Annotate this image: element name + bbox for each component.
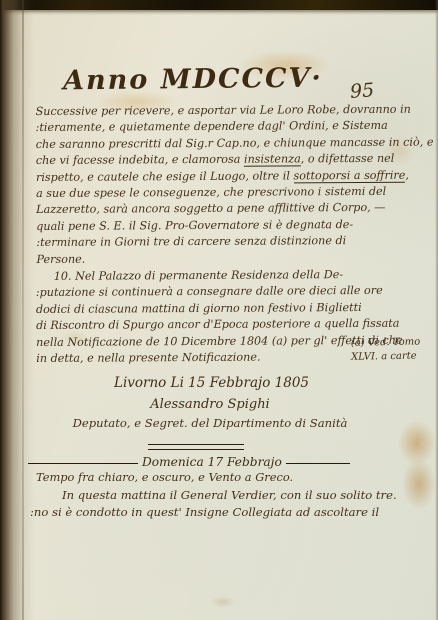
gutter-crease xyxy=(22,0,24,620)
text-line: Persone. xyxy=(36,250,358,268)
book-edge-top xyxy=(0,0,438,10)
text-line: di Riscontro di Spurgo ancor d'Epoca pos… xyxy=(36,316,358,334)
signature: Alessandro Spighi xyxy=(36,397,350,412)
header-rule-left xyxy=(28,463,138,464)
text-line: in detta, e nella presente Notificazione… xyxy=(36,349,358,367)
paper-stain xyxy=(402,458,436,510)
text-segment: rispetto, e cautele che esige il Luogo, … xyxy=(36,169,294,184)
text-line: :putazione si continuerà a consegnare da… xyxy=(36,283,358,301)
diary-section-header: Domenica 17 Febbrajo xyxy=(28,455,350,469)
text-segment: , o difettasse nel xyxy=(301,152,395,166)
text-line: nella Notificazione de 10 Dicembre 1804 … xyxy=(36,333,358,351)
text-line: Successive per ricevere, e asportar via … xyxy=(36,102,358,120)
margin-reference-note: (a) Ved. Tomo XLVI. a carte xyxy=(351,335,437,364)
text-line: :terminare in Giorni tre di carcere senz… xyxy=(36,233,358,251)
signature-title: Deputato, e Segret. del Dipartimento di … xyxy=(36,416,358,430)
double-rule-divider xyxy=(148,444,244,450)
text-line: a sue due spese le conseguenze, che pres… xyxy=(36,184,358,202)
text-segment: , xyxy=(405,168,409,181)
paragraph-article-10: 10. Nel Palazzo di permanente Residenza … xyxy=(36,267,359,367)
text-line: 10. Nel Palazzo di permanente Residenza … xyxy=(36,267,358,285)
diary-entry-line: In questa mattina il General Verdier, co… xyxy=(36,488,397,502)
margin-note-line: (a) Ved. Tomo xyxy=(351,335,437,350)
binding-gutter xyxy=(0,0,34,620)
paragraph-regulation: Successive per ricevere, e asportar via … xyxy=(36,102,359,268)
text-line: :tieramente, e quietamente dependere dag… xyxy=(36,118,358,136)
text-line: che vi facesse indebita, e clamorosa ins… xyxy=(36,151,358,169)
text-line: dodici di ciascuna mattina di giorno non… xyxy=(36,300,358,318)
diary-entry-line: :no si è condotto in quest' Insigne Coll… xyxy=(30,505,379,519)
underlined-phrase: sottoporsi a soffrire xyxy=(293,168,405,183)
paper-stain xyxy=(210,596,236,608)
margin-note-line: XLVI. a carte xyxy=(351,349,437,364)
text-line: quali pene S. E. il Sig. Pro-Governatore… xyxy=(36,217,358,235)
paper-stain xyxy=(398,420,436,466)
text-segment: che vi facesse indebita, e clamorosa xyxy=(36,153,244,167)
weather-line: Tempo fra chiaro, e oscuro, e Vento a Gr… xyxy=(36,470,293,484)
underlined-word: insistenza xyxy=(244,153,301,167)
year-heading: Anno MDCCCV· xyxy=(36,62,350,96)
page-number: 95 xyxy=(349,79,375,103)
text-line: rispetto, e cautele che esige il Luogo, … xyxy=(36,168,358,186)
manuscript-scan: Anno MDCCCV· 95 Successive per ricevere,… xyxy=(0,0,438,620)
text-line: che saranno prescritti dal Sig.r Cap.no,… xyxy=(36,135,358,153)
dateline: Livorno Li 15 Febbrajo 1805 xyxy=(114,375,309,391)
text-line: Lazzeretto, sarà ancora soggetto a pene … xyxy=(36,200,358,218)
section-header-title: Domenica 17 Febbrajo xyxy=(142,455,282,469)
header-rule-right xyxy=(286,463,350,464)
